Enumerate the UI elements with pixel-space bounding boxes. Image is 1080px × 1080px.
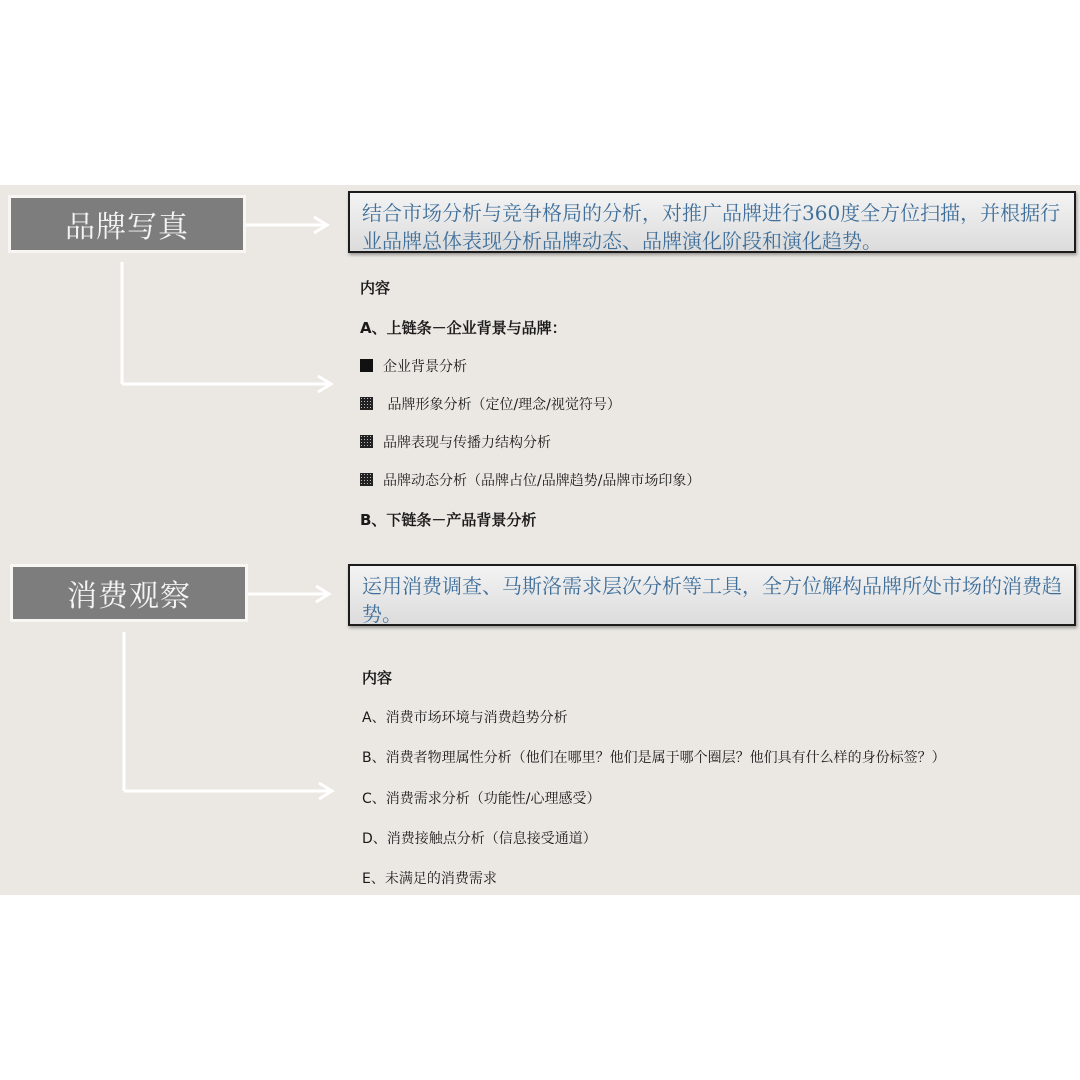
elbow-arrow-icon <box>113 630 343 800</box>
list-item: A、消费市场环境与消费趋势分析 <box>362 707 568 727</box>
section-label-consumer: 消费观察 <box>10 564 248 622</box>
hatched-bullet-icon <box>360 397 373 410</box>
hatched-bullet-icon <box>360 435 373 448</box>
list-item: B、下链条－产品背景分析 <box>360 509 536 530</box>
section-label-brand: 品牌写真 <box>8 195 246 253</box>
description-box-consumer: 运用消费调查、马斯洛需求层次分析等工具，全方位解构品牌所处市场的消费趋势。 <box>348 564 1076 626</box>
hatched-bullet-icon <box>360 473 373 486</box>
section-label-text: 品牌写真 <box>65 202 189 246</box>
content-heading: 内容 <box>360 277 390 298</box>
elbow-arrow-icon <box>112 260 342 400</box>
arrow-right-icon <box>246 213 336 237</box>
description-text: 运用消费调查、马斯洛需求层次分析等工具，全方位解构品牌所处市场的消费趋势。 <box>362 574 1062 626</box>
list-item: 品牌表现与传播力结构分析 <box>360 432 551 452</box>
list-item: B、消费者物理属性分析（他们在哪里？他们是属于哪个圈层？他们具有什么样的身份标签… <box>362 747 946 767</box>
content-heading: 内容 <box>362 667 392 688</box>
list-item: 品牌形象分析（定位/理念/视觉符号） <box>360 394 621 414</box>
description-text: 结合市场分析与竞争格局的分析，对推广品牌进行360度全方位扫描，并根据行业品牌总… <box>362 201 1060 253</box>
description-box-brand: 结合市场分析与竞争格局的分析，对推广品牌进行360度全方位扫描，并根据行业品牌总… <box>348 191 1076 253</box>
list-item: D、消费接触点分析（信息接受通道） <box>362 828 597 848</box>
slide: 品牌写真 结合市场分析与竞争格局的分析，对推广品牌进行360度全方位扫描，并根据… <box>0 185 1080 895</box>
list-item: 企业背景分析 <box>360 356 467 376</box>
list-item: A、上链条－企业背景与品牌： <box>360 317 567 338</box>
square-bullet-icon <box>360 359 373 372</box>
list-item: C、消费需求分析（功能性/心理感受） <box>362 788 601 808</box>
list-item: 品牌动态分析（品牌占位/品牌趋势/品牌市场印象） <box>360 470 700 490</box>
section-label-text: 消费观察 <box>67 571 191 615</box>
list-item: E、未满足的消费需求 <box>362 868 497 888</box>
arrow-right-icon <box>248 582 338 606</box>
